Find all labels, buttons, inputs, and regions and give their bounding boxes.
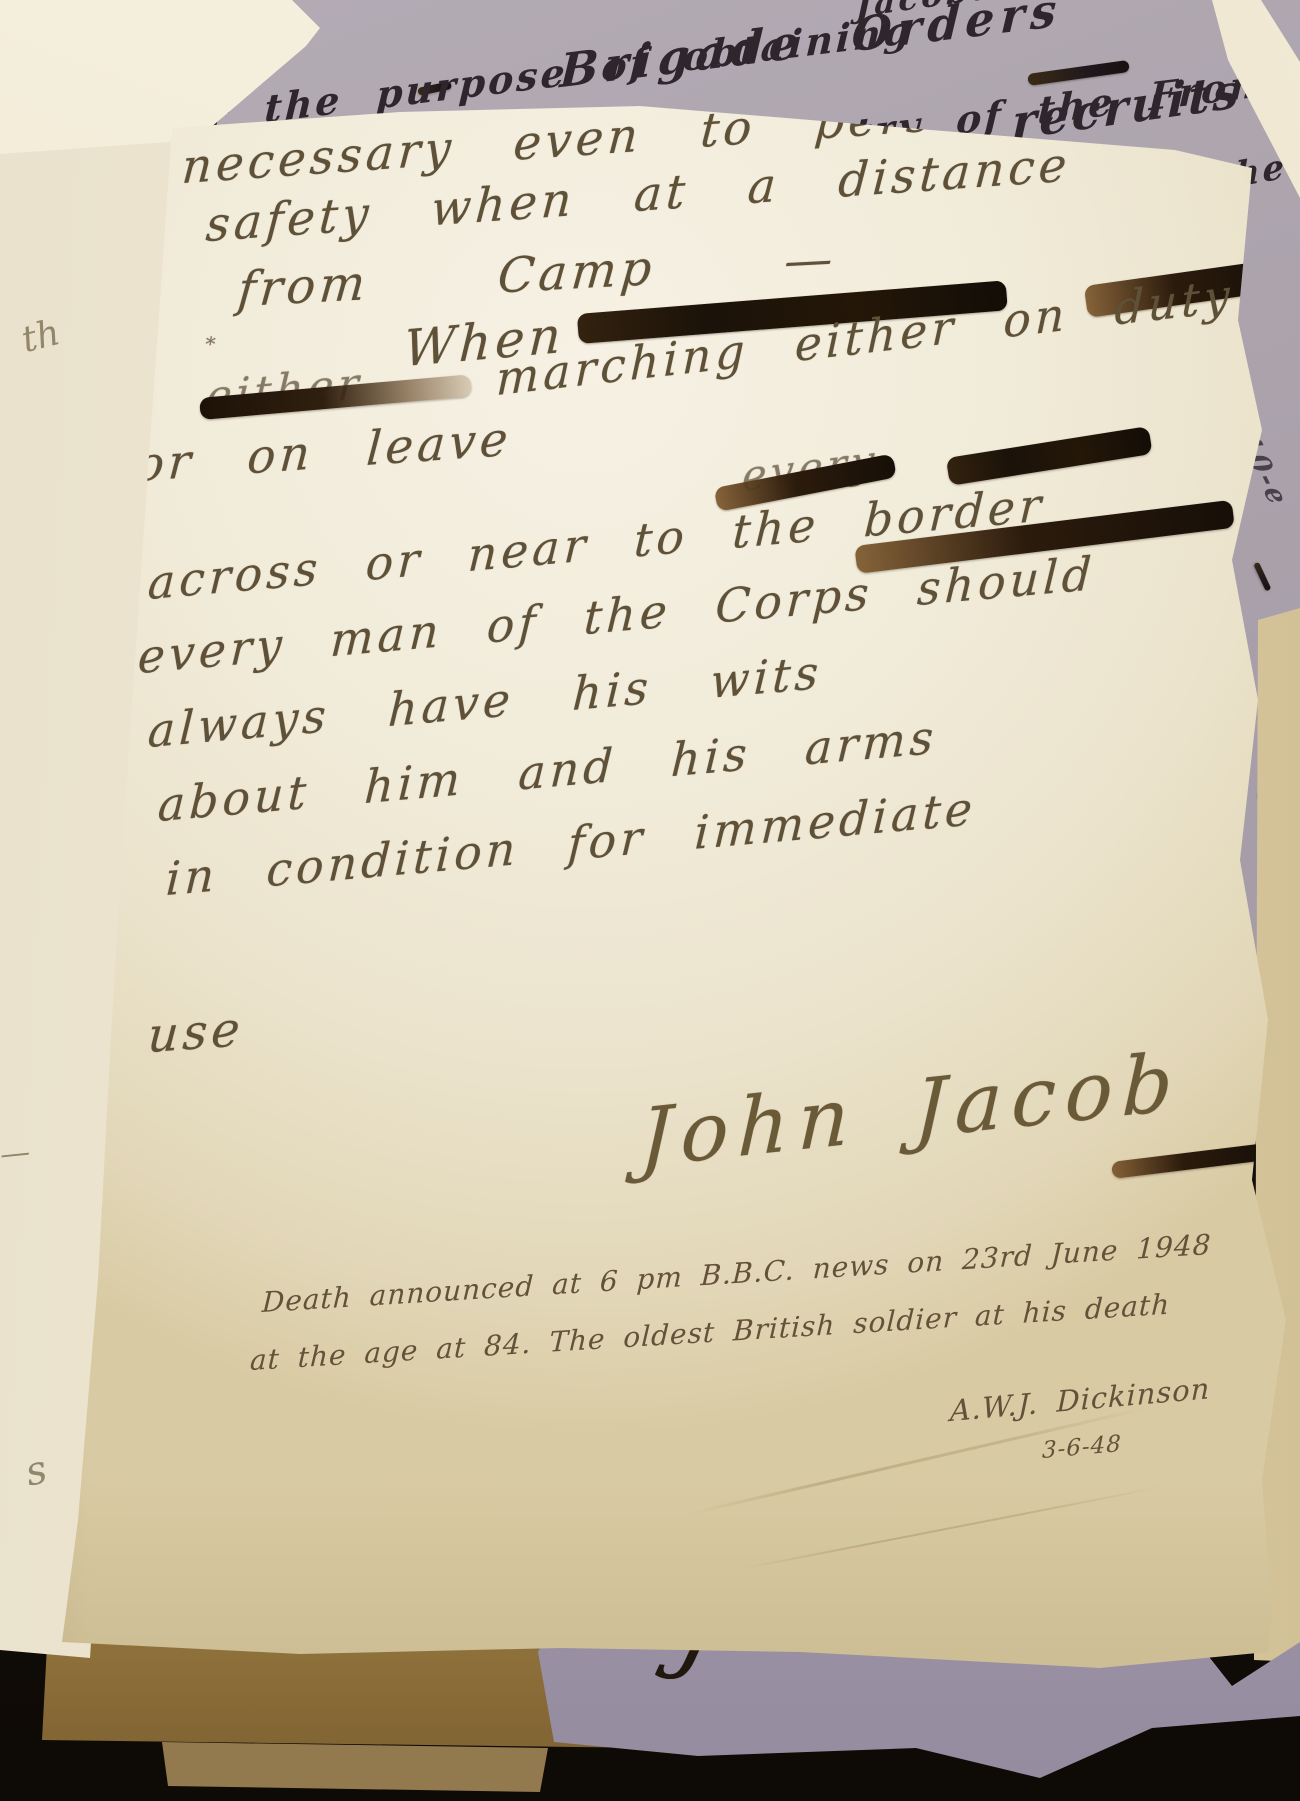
ink-strikethrough-line6-b xyxy=(946,426,1153,486)
margin-mark: ∗ xyxy=(202,328,223,352)
annotation-signature: A.W.J. Dickinson xyxy=(950,1371,1211,1428)
john-jacob-signature: John Jacob xyxy=(638,1035,1183,1186)
paper-crease-2 xyxy=(740,1486,1162,1570)
handwritten-line-12: use xyxy=(146,1001,246,1064)
left-edge-fragment-1: th xyxy=(18,312,64,361)
edge-pen-stroke-1 xyxy=(1253,562,1271,592)
left-edge-fragment-3: s xyxy=(21,1446,51,1495)
handwritten-line-6: or on leave xyxy=(134,412,513,494)
left-edge-fragment-2: — xyxy=(0,1135,32,1173)
manuscript-photo: Jacobabad 7th Octr 15 Brigade Orders For… xyxy=(0,0,1300,1801)
annotation-date: 3-6-48 xyxy=(1042,1431,1122,1464)
signature-flourish-dash xyxy=(1111,1143,1272,1179)
main-manuscript-page: necessary even to personal safety when a… xyxy=(0,0,1300,1801)
